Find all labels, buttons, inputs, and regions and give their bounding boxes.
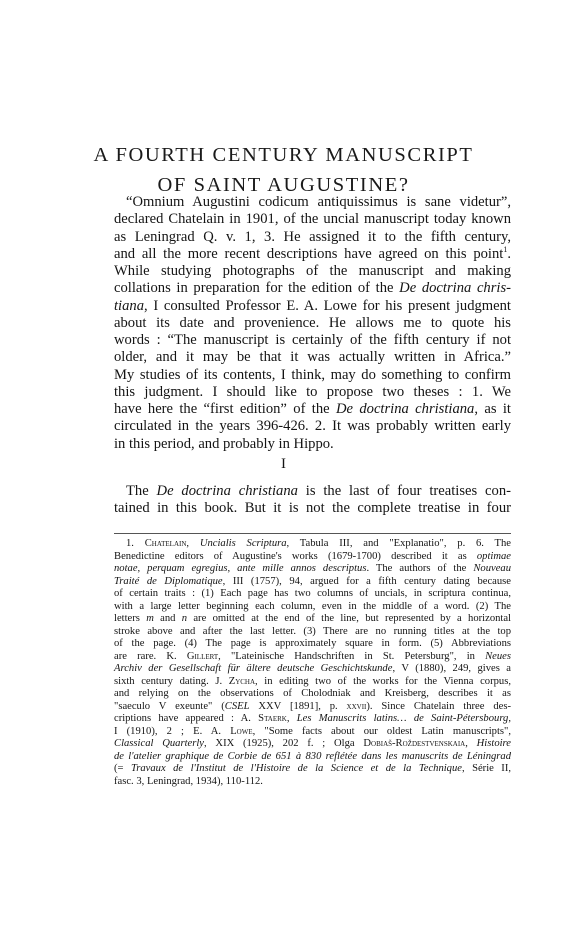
italic-citation: notae, perquam egregius, ante mille anno… bbox=[114, 563, 366, 574]
italic-citation: Histoire bbox=[477, 738, 511, 749]
italic-citation: optimae bbox=[477, 551, 511, 562]
footnote-line: notae, perquam egregius, ante mille anno… bbox=[114, 563, 511, 576]
italic-citation: Uncialis Scriptura bbox=[200, 538, 287, 549]
italic-citation: CSEL bbox=[225, 701, 250, 712]
author-name: Zycha bbox=[229, 676, 255, 687]
text-span: fasc. 3, Leningrad, 1934), 110-112. bbox=[114, 776, 263, 787]
text-line: My studies of its contents, I think, may… bbox=[114, 367, 511, 384]
text-span: this judgment. I should like to propose … bbox=[114, 384, 511, 400]
text-span: I (1910), 2 ; E. A. bbox=[114, 726, 230, 737]
text-line: tiana, I consulted Professor E. A. Lowe … bbox=[114, 298, 511, 315]
footnote-line: 1. Chatelain, Uncialis Scriptura, Tabula… bbox=[114, 538, 511, 551]
text-span: about its date and provenience. He allow… bbox=[114, 315, 511, 331]
text-span: declared Chatelain in 1901, of the uncia… bbox=[114, 211, 511, 227]
author-name: Gillert bbox=[187, 651, 218, 662]
text-span: is the last of four treatises con- bbox=[298, 483, 511, 499]
section-heading: I bbox=[0, 456, 567, 473]
text-span: sixth century dating. J. bbox=[114, 676, 229, 687]
text-span: are omitted at the end of the line, but … bbox=[187, 613, 511, 624]
text-span: criptions have appeared : A. bbox=[114, 713, 258, 724]
text-span: (= bbox=[114, 763, 131, 774]
footnote-line: Benedictine editors of Augustine's works… bbox=[114, 551, 511, 564]
text-span: , in editing two of the works for the Vi… bbox=[255, 676, 511, 687]
footnote-line: and relying on the observations of Cholo… bbox=[114, 688, 511, 701]
text-span: with a large letter beginning each colum… bbox=[114, 601, 511, 612]
text-span: , bbox=[186, 538, 199, 549]
text-line: words : “The manuscript is certainly of … bbox=[114, 332, 511, 349]
text-span: My studies of its contents, I think, may… bbox=[114, 367, 511, 383]
text-line: collations in preparation for the editio… bbox=[114, 280, 511, 297]
footnote-line: with a large letter beginning each colum… bbox=[114, 601, 511, 614]
text-span: , XIX (1925), 202 f. ; Olga bbox=[204, 738, 363, 749]
text-span: , V (1880), 249, gives a bbox=[392, 663, 511, 674]
text-line: declared Chatelain in 1901, of the uncia… bbox=[114, 211, 511, 228]
text-span: in this period, and probably in Hippo. bbox=[114, 436, 334, 452]
section-paragraph: The De doctrina christiana is the last o… bbox=[114, 483, 511, 518]
text-span: and bbox=[154, 613, 182, 624]
text-span: ). Since Chatelain three des- bbox=[366, 701, 511, 712]
footnote-line: Traité de Diplomatique, III (1757), 94, … bbox=[114, 576, 511, 589]
author-name: Chatelain bbox=[145, 538, 187, 549]
text-span: XXV [1891], p. bbox=[249, 701, 346, 712]
footnote: 1. Chatelain, Uncialis Scriptura, Tabula… bbox=[114, 538, 511, 788]
author-name: xxvii bbox=[347, 701, 367, 712]
footnote-line: sixth century dating. J. Zycha, in editi… bbox=[114, 676, 511, 689]
text-span: have here the “first edition” of the bbox=[114, 401, 336, 417]
footnote-line: Classical Quarterly, XIX (1925), 202 f. … bbox=[114, 738, 511, 751]
footnote-separator bbox=[114, 533, 511, 534]
author-name: Staerk bbox=[258, 713, 287, 724]
italic-citation: de l'atelier graphique de Corbie de 651 … bbox=[114, 751, 511, 762]
text-line: While studying photographs of the manusc… bbox=[114, 263, 511, 280]
text-span: “Omnium Augustini codicum antiquissimus … bbox=[126, 194, 511, 210]
text-line: as Leningrad Q. v. 1, 3. He assigned it … bbox=[114, 229, 511, 246]
italic-citation: Les Manuscrits latins… de Saint-Pétersbo… bbox=[297, 713, 509, 724]
italic-title: tiana bbox=[114, 298, 144, 314]
text-span: "saeculo V exeunte" ( bbox=[114, 701, 225, 712]
text-span: , "Lateinische Handschriften in St. Pete… bbox=[218, 651, 485, 662]
text-span: words : “The manuscript is certainly of … bbox=[114, 332, 511, 348]
footnote-line: letters m and n are omitted at the end o… bbox=[114, 613, 511, 626]
text-span: , Série II, bbox=[462, 763, 511, 774]
text-span: Benedictine editors of Augustine's works… bbox=[114, 551, 477, 562]
text-line: tained in this book. But it is not the c… bbox=[114, 500, 511, 517]
text-line: and all the more recent descriptions hav… bbox=[114, 246, 511, 263]
text-span: , bbox=[465, 738, 476, 749]
text-span: older, and it may be that it was actuall… bbox=[114, 349, 511, 365]
footnote-line: of the page. (4) The page is approximate… bbox=[114, 638, 511, 651]
author-name: Lowe bbox=[230, 726, 252, 737]
text-line: The De doctrina christiana is the last o… bbox=[114, 483, 511, 500]
italic-citation: Archiv der Gesellschaft für ältere deuts… bbox=[114, 663, 392, 674]
text-span: . bbox=[507, 246, 511, 262]
text-line: circulated in the years 396-426. 2. It w… bbox=[114, 418, 511, 435]
footnote-line: (= Travaux de l'Institut de l'Histoire d… bbox=[114, 763, 511, 776]
article-title: A FOURTH CENTURY MANUSCRIPT OF SAINT AUG… bbox=[0, 140, 567, 200]
footnote-number: 1. bbox=[126, 538, 145, 549]
italic-citation: Traité de Diplomatique bbox=[114, 576, 223, 587]
italic-citation: Nouveau bbox=[473, 563, 511, 574]
text-line: have here the “first edition” of the De … bbox=[114, 401, 511, 418]
text-span: , as it bbox=[474, 401, 511, 417]
footnote-line: I (1910), 2 ; E. A. Lowe, "Some facts ab… bbox=[114, 726, 511, 739]
text-span: of certain traits : (1) Each page has tw… bbox=[114, 588, 511, 599]
text-span: as Leningrad Q. v. 1, 3. He assigned it … bbox=[114, 229, 511, 245]
footnote-line: are rare. K. Gillert, "Lateinische Hands… bbox=[114, 651, 511, 664]
text-line: in this period, and probably in Hippo. bbox=[114, 436, 511, 453]
text-line: this judgment. I should like to propose … bbox=[114, 384, 511, 401]
text-line: older, and it may be that it was actuall… bbox=[114, 349, 511, 366]
text-span: , bbox=[287, 713, 297, 724]
text-span: are rare. K. bbox=[114, 651, 187, 662]
footnote-line: of certain traits : (1) Each page has tw… bbox=[114, 588, 511, 601]
text-span: , III (1757), 94, argued for a fifth cen… bbox=[223, 576, 511, 587]
italic-title: De doctrina christiana bbox=[336, 401, 474, 417]
footnote-line: stroke above and after the last letter. … bbox=[114, 626, 511, 639]
italic-title: De doctrina chris- bbox=[399, 280, 511, 296]
text-span: . The authors of the bbox=[366, 563, 473, 574]
footnote-line: "saeculo V exeunte" (CSEL XXV [1891], p.… bbox=[114, 701, 511, 714]
author-name: Dobiaš-Roždestvenskaia bbox=[363, 738, 465, 749]
text-span: circulated in the years 396-426. 2. It w… bbox=[114, 418, 511, 434]
text-span: letters bbox=[114, 613, 146, 624]
text-span: and relying on the observations of Cholo… bbox=[114, 688, 511, 699]
text-span: , I consulted Professor E. A. Lowe for h… bbox=[144, 298, 511, 314]
text-line: “Omnium Augustini codicum antiquissimus … bbox=[114, 194, 511, 211]
italic-citation: m bbox=[146, 613, 154, 624]
text-span: stroke above and after the last letter. … bbox=[114, 626, 511, 637]
italic-citation: Neues bbox=[485, 651, 511, 662]
footnote-line: Archiv der Gesellschaft für ältere deuts… bbox=[114, 663, 511, 676]
footnote-line: de l'atelier graphique de Corbie de 651 … bbox=[114, 751, 511, 764]
text-span: The bbox=[126, 483, 157, 499]
document-page: A FOURTH CENTURY MANUSCRIPT OF SAINT AUG… bbox=[0, 0, 567, 925]
italic-citation: Classical Quarterly bbox=[114, 738, 204, 749]
text-span: While studying photographs of the manusc… bbox=[114, 263, 511, 279]
intro-paragraph: “Omnium Augustini codicum antiquissimus … bbox=[114, 194, 511, 453]
text-span: tained in this book. But it is not the c… bbox=[114, 500, 511, 516]
text-span: , bbox=[508, 713, 511, 724]
text-span: and all the more recent descriptions hav… bbox=[114, 246, 503, 262]
text-span: , Tabula III, and "Explanatio", p. 6. Th… bbox=[287, 538, 511, 549]
italic-citation: Travaux de l'Institut de l'Histoire de l… bbox=[131, 763, 462, 774]
text-span: collations in preparation for the editio… bbox=[114, 280, 399, 296]
text-span: , "Some facts about our oldest Latin man… bbox=[253, 726, 511, 737]
text-line: about its date and provenience. He allow… bbox=[114, 315, 511, 332]
footnote-line: criptions have appeared : A. Staerk, Les… bbox=[114, 713, 511, 726]
text-span: of the page. (4) The page is approximate… bbox=[114, 638, 511, 649]
footnote-line: fasc. 3, Leningrad, 1934), 110-112. bbox=[114, 776, 511, 789]
title-line-1: A FOURTH CENTURY MANUSCRIPT bbox=[0, 140, 567, 170]
italic-title: De doctrina christiana bbox=[157, 483, 298, 499]
